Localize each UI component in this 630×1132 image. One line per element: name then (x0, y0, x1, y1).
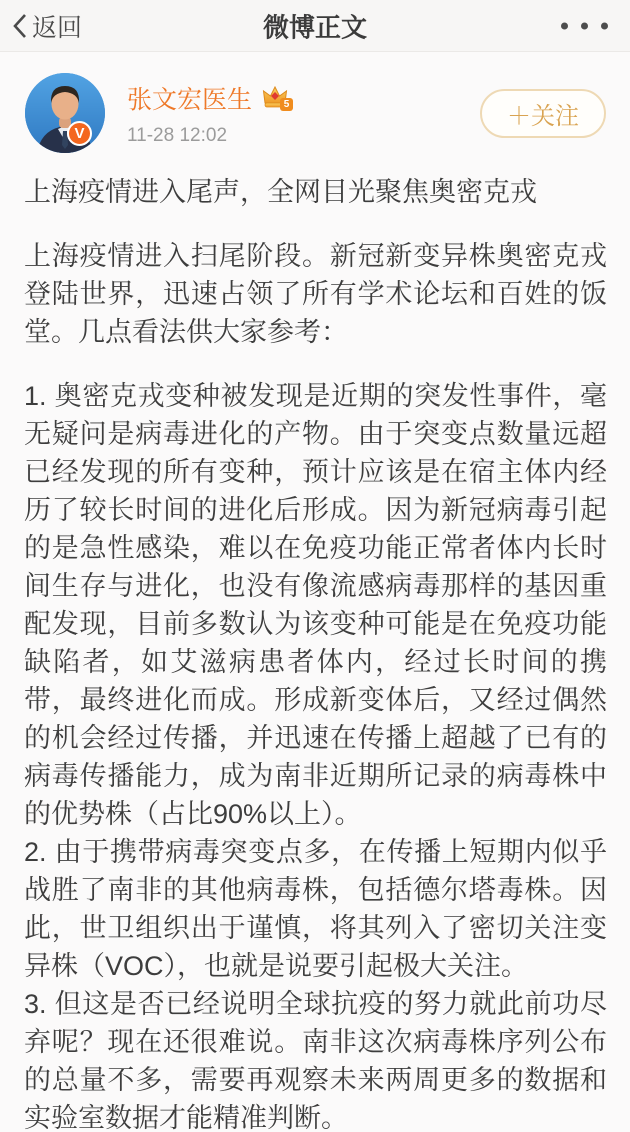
author-name[interactable]: 张文宏医生 (127, 80, 252, 116)
page-title: 微博正文 (263, 7, 367, 44)
back-button[interactable]: 返回 (0, 8, 92, 44)
more-options-button[interactable] (559, 16, 610, 35)
post-title-line: 上海疫情进入尾声，全网目光聚焦奥密克戎 (24, 173, 607, 211)
more-dots-icon (581, 22, 588, 29)
post-paragraph: 1. 奥密克戎变种被发现是近期的突发性事件，毫无疑问是病毒进化的产物。由于突变点… (24, 377, 607, 833)
chevron-left-icon (12, 13, 28, 39)
more-dots-icon (561, 22, 568, 29)
avatar[interactable]: V (25, 73, 105, 153)
membership-crown-icon: 5 (261, 84, 291, 111)
post-paragraph: 上海疫情进入扫尾阶段。新冠新变异株奥密克戎登陆世界，迅速占领了所有学术论坛和百姓… (24, 237, 607, 351)
nav-bar: 返回 微博正文 (0, 0, 630, 52)
post-timestamp: 11-28 12:02 (127, 125, 480, 147)
back-label: 返回 (32, 8, 82, 44)
post-paragraph: 2. 由于携带病毒突变点多，在传播上短期内似乎战胜了南非的其他病毒株，包括德尔塔… (24, 833, 607, 985)
verified-v-icon: V (67, 121, 92, 146)
author-info: 张文宏医生 5 11-28 12:02 (127, 80, 480, 147)
more-dots-icon (601, 22, 608, 29)
vip-level-badge: 5 (280, 98, 293, 111)
post-body: 上海疫情进入尾声，全网目光聚焦奥密克戎 上海疫情进入扫尾阶段。新冠新变异株奥密克… (0, 153, 630, 1132)
avatar-photo (25, 73, 105, 153)
post-header: V 张文宏医生 5 11-28 12:02 (0, 52, 630, 153)
follow-button[interactable]: ＋关注 (480, 89, 606, 138)
post-paragraph: 3. 但这是否已经说明全球抗疫的努力就此前功尽弃呢？现在还很难说。南非这次病毒株… (24, 985, 607, 1132)
